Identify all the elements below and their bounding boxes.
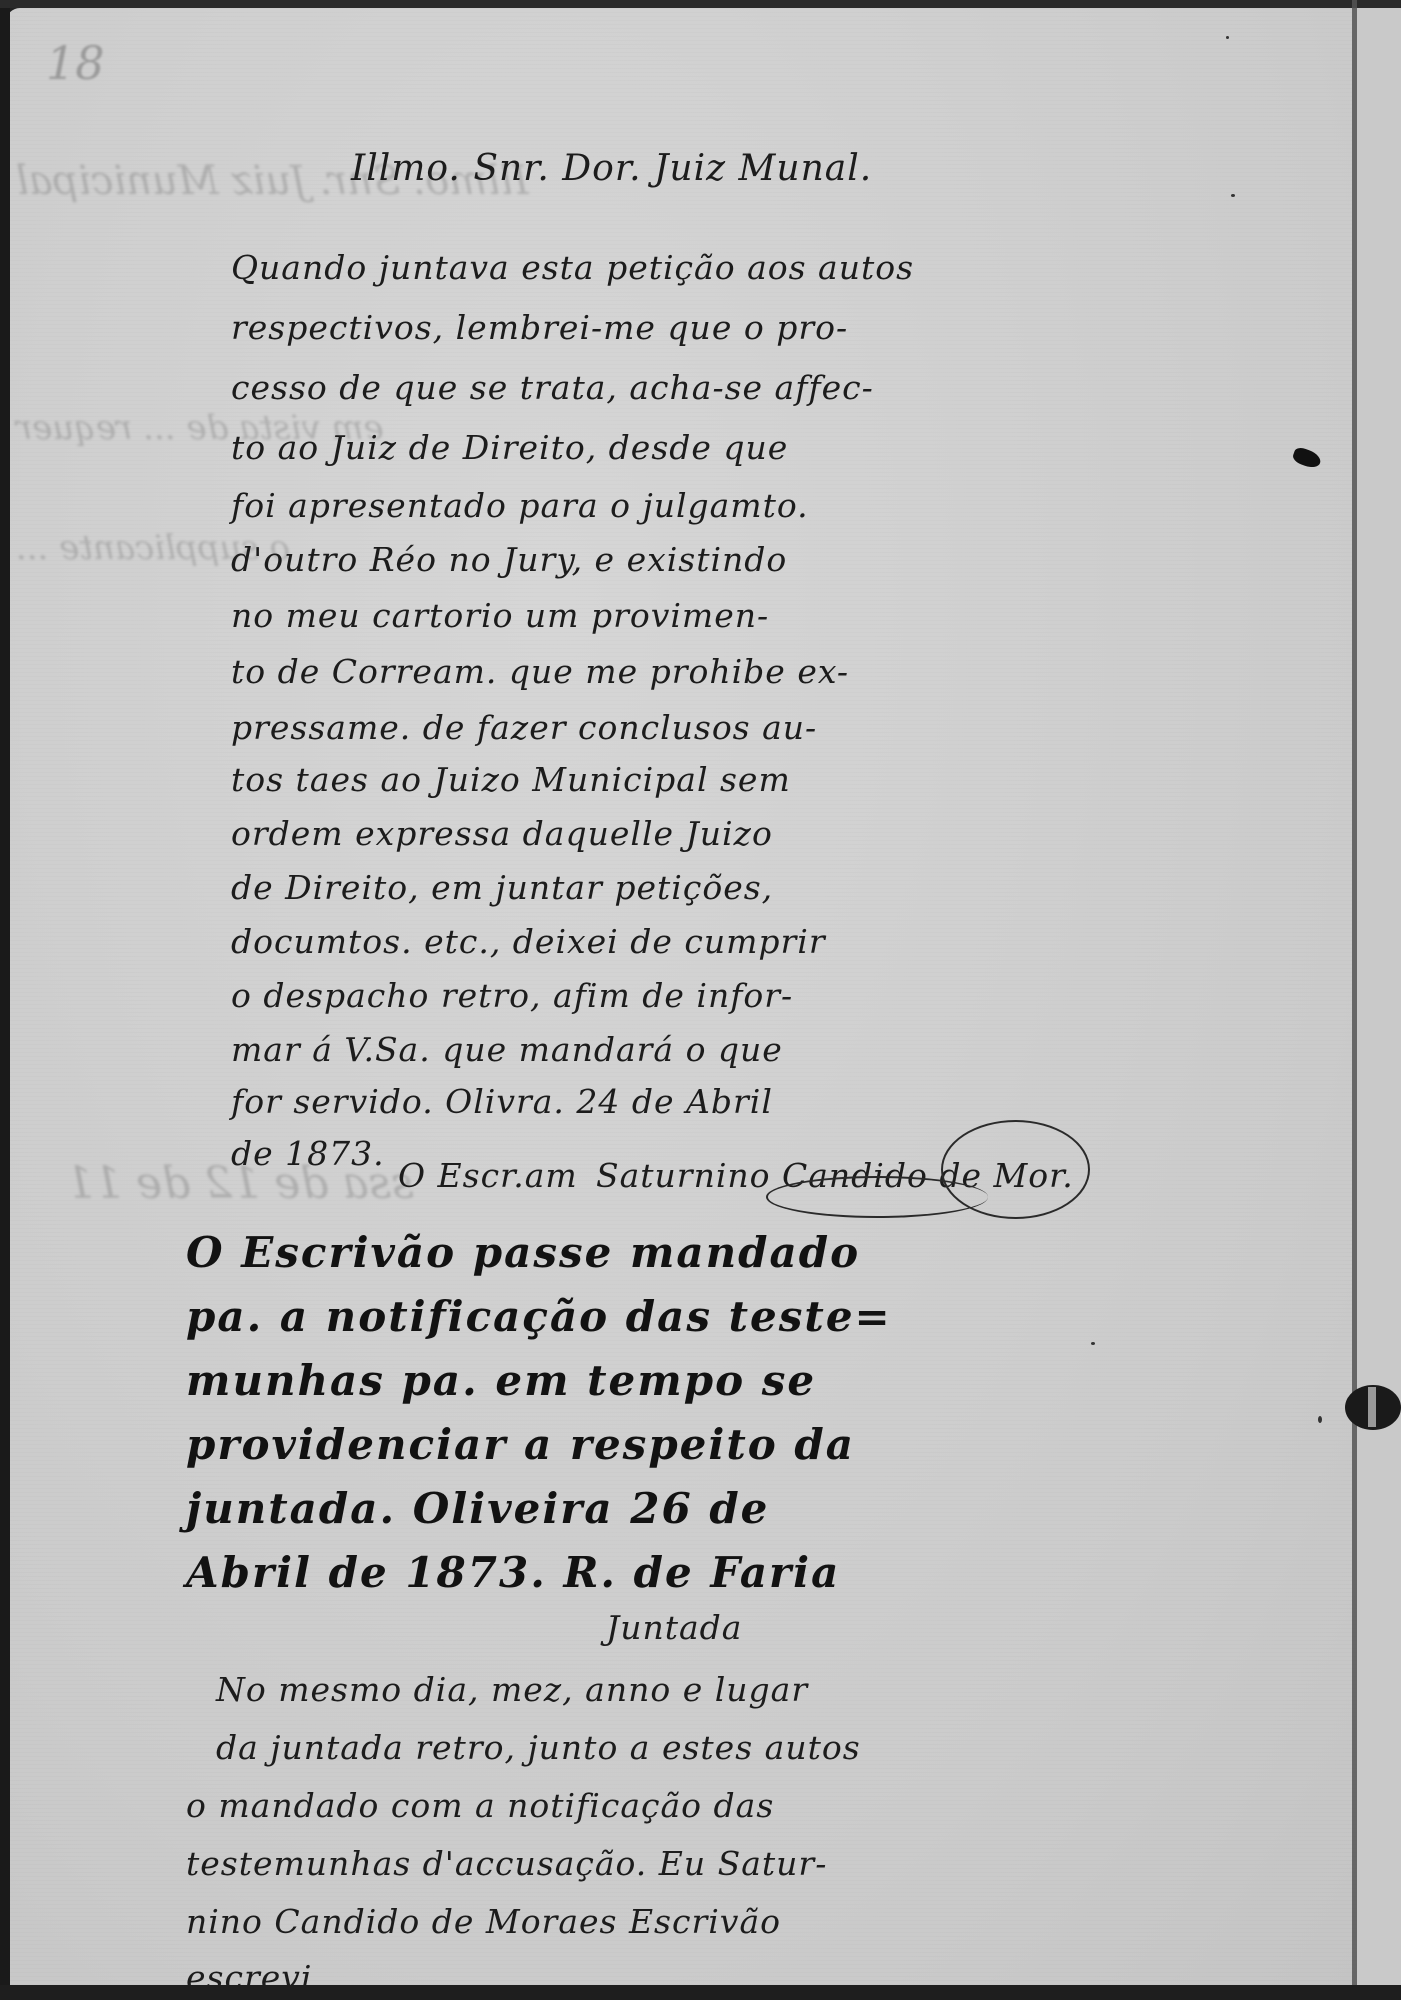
adjacent-page-strip: [1357, 8, 1401, 1985]
filing-heading: Juntada: [606, 1608, 742, 1647]
petition-line: d'outro Réo no Jury, e existindo: [231, 540, 787, 579]
signature-flourish: [766, 1176, 988, 1218]
filing-line: da juntada retro, junto a estes autos: [216, 1728, 861, 1767]
paper-speck: [1091, 1342, 1095, 1345]
salutation: Illmo. Snr. Dor. Juiz Munal.: [351, 148, 872, 189]
folio-number: 18: [46, 36, 105, 90]
scan-left-edge: [0, 0, 10, 2000]
petition-line: Quando juntava esta petição aos autos: [231, 248, 914, 287]
petition-line: documtos. etc., deixei de cumprir: [231, 922, 826, 961]
order-line: O Escrivão passe mandado: [186, 1228, 860, 1277]
signature-prefix: O Escr.am: [398, 1156, 578, 1195]
order-line: munhas pa. em tempo se: [186, 1356, 816, 1405]
document-scan: 18 Illmo. Snr. Juiz Municipal em vista d…: [0, 0, 1401, 2000]
binding-fold: [1352, 0, 1357, 1985]
binding-hole-highlight: [1368, 1387, 1376, 1427]
petition-line: no meu cartorio um provimen-: [231, 596, 769, 635]
filing-line: No mesmo dia, mez, anno e lugar: [216, 1670, 808, 1709]
paper-speck: [1231, 194, 1235, 197]
order-line: pa. a notificação das teste=: [186, 1292, 892, 1341]
petition-line: mar á V.Sa. que mandará o que: [231, 1030, 783, 1069]
order-line: juntada. Oliveira 26 de: [186, 1484, 769, 1533]
petition-line: to ao Juiz de Direito, desde que: [231, 428, 788, 467]
order-line: providenciar a respeito da: [186, 1420, 855, 1469]
paper-page: 18 Illmo. Snr. Juiz Municipal em vista d…: [6, 8, 1376, 1985]
petition-line: to de Corream. que me prohibe ex-: [231, 652, 849, 691]
petition-line: respectivos, lembrei-me que o pro-: [231, 308, 848, 347]
petition-line: ordem expressa daquelle Juizo: [231, 814, 773, 853]
petition-line: foi apresentado para o julgamto.: [231, 486, 809, 525]
filing-line: testemunhas d'accusação. Eu Satur-: [186, 1844, 827, 1883]
petition-line: o despacho retro, afim de infor-: [231, 976, 793, 1015]
paper-speck: [1318, 1416, 1322, 1423]
petition-line: de 1873.: [231, 1134, 385, 1173]
filing-line: o mandado com a notificação das: [186, 1786, 774, 1825]
petition-line: cesso de que se trata, acha-se affec-: [231, 368, 874, 407]
paper-speck: [1226, 36, 1229, 39]
order-line: Abril de 1873. R. de Faria: [186, 1548, 840, 1597]
filing-line: nino Candido de Moraes Escrivão: [186, 1902, 781, 1941]
petition-line: de Direito, em juntar petições,: [231, 868, 773, 907]
petition-line: tos taes ao Juizo Municipal sem: [231, 760, 791, 799]
petition-line: for servido. Olivra. 24 de Abril: [231, 1082, 773, 1121]
scan-top-edge: [0, 0, 1401, 8]
petition-line: pressame. de fazer conclusos au-: [231, 708, 817, 747]
scan-bottom-edge: [0, 1985, 1401, 2000]
